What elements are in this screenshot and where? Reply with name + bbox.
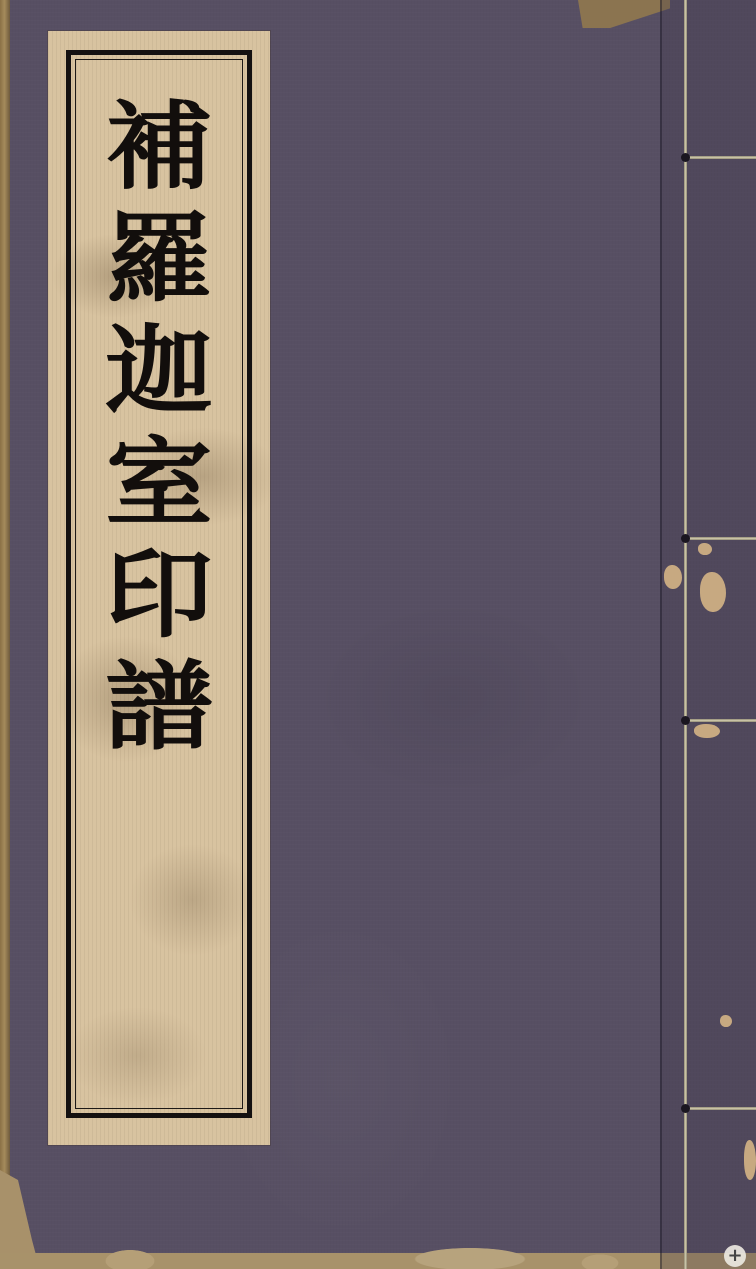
paper-stain (694, 724, 720, 738)
paper-stain (700, 572, 726, 612)
stitch-hole (681, 534, 690, 543)
title-char: 室 (81, 427, 238, 539)
book-title: 補 羅 迦 室 印 譜 (48, 91, 270, 763)
paper-stain (720, 1015, 732, 1027)
paper-stain (744, 1140, 756, 1180)
binding-crease (660, 0, 662, 1269)
binding-thread-horizontal (686, 719, 756, 722)
binding-thread-vertical (684, 0, 687, 1269)
title-char: 印 (81, 539, 238, 651)
binding-thread-horizontal (686, 156, 756, 159)
binding-thread-horizontal (686, 1107, 756, 1110)
stitch-hole (681, 716, 690, 725)
book-cover: 補 羅 迦 室 印 譜 + (0, 0, 756, 1269)
cover-left-edge (0, 0, 10, 1269)
binding-thread-horizontal (686, 537, 756, 540)
title-char: 迦 (81, 315, 238, 427)
stitch-hole (681, 153, 690, 162)
stitch-hole (681, 1104, 690, 1113)
paper-stain (664, 565, 682, 589)
title-label: 補 羅 迦 室 印 譜 (48, 31, 270, 1145)
title-char: 譜 (81, 651, 238, 763)
zoom-in-icon[interactable]: + (724, 1245, 746, 1267)
title-char: 補 (81, 91, 238, 203)
title-char: 羅 (81, 203, 238, 315)
cover-bottom-wear (0, 1235, 756, 1269)
binding-strip (662, 0, 756, 1269)
paper-stain (698, 543, 712, 555)
